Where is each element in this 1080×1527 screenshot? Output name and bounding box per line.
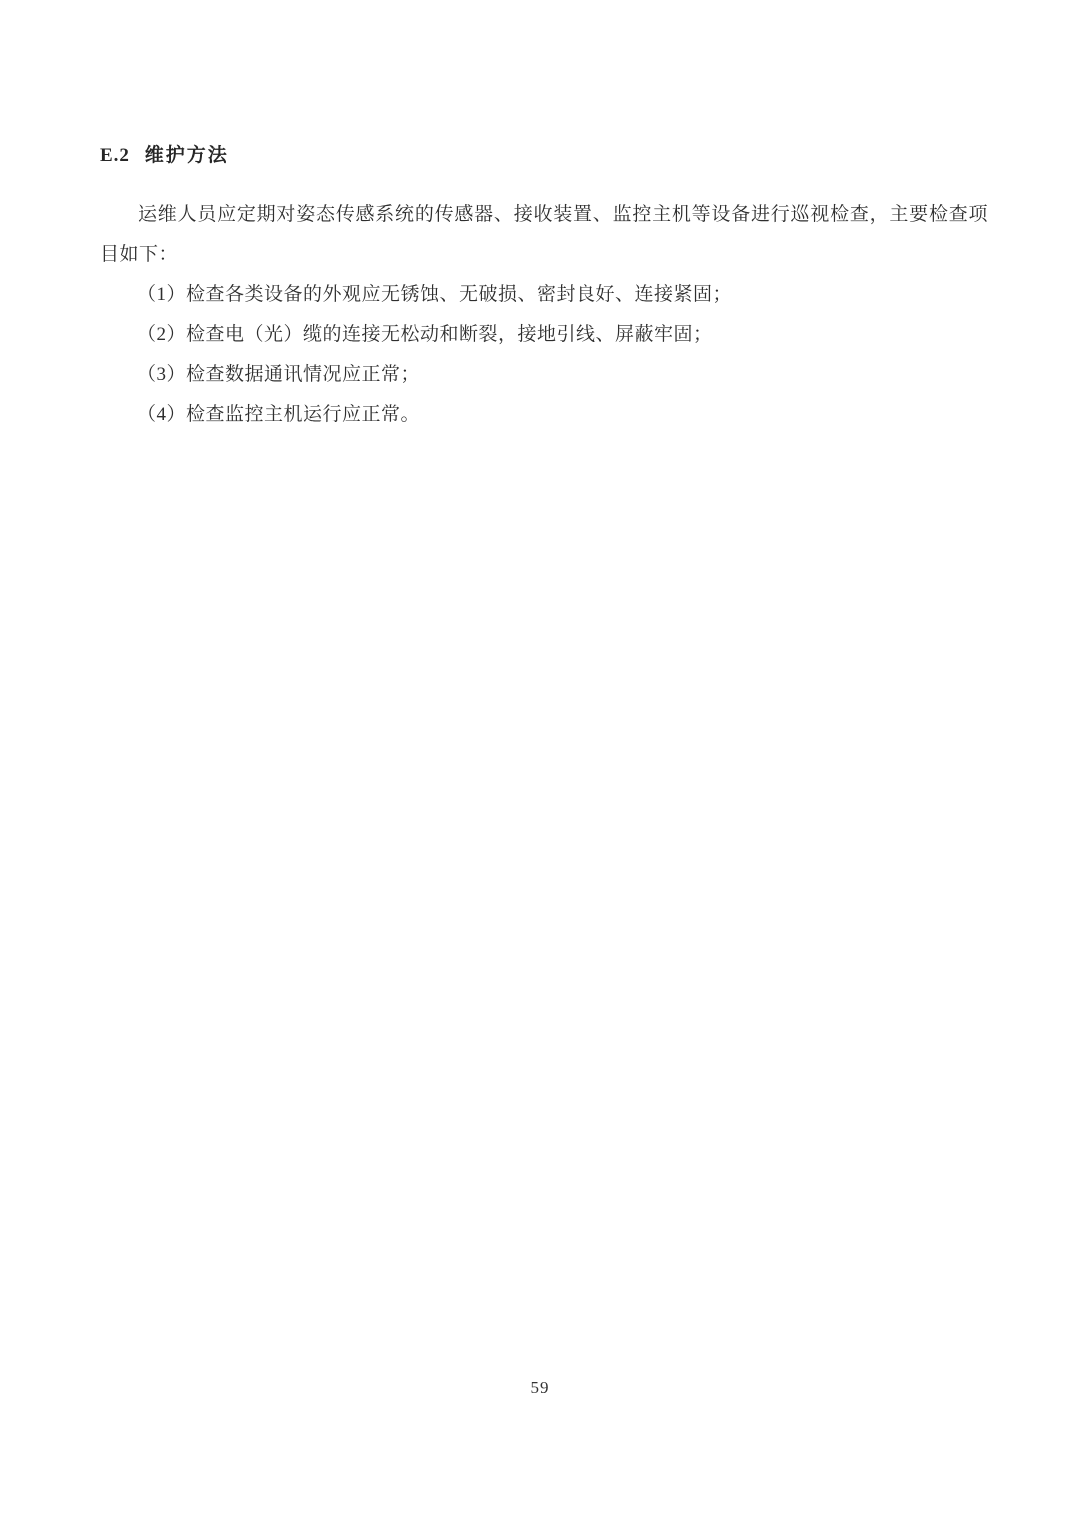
list-item: （4）检查监控主机运行应正常。 [137,395,988,435]
list-item: （3）检查数据通讯情况应正常； [137,355,988,395]
page-number: 59 [0,1378,1080,1398]
document-page: E.2 维护方法 运维人员应定期对姿态传感系统的传感器、接收装置、监控主机等设备… [0,0,1080,1527]
inspection-item-list: （1）检查各类设备的外观应无锈蚀、无破损、密封良好、连接紧固； （2）检查电（光… [100,275,988,435]
list-item: （2）检查电（光）缆的连接无松动和断裂，接地引线、屏蔽牢固； [137,315,988,355]
page-content: E.2 维护方法 运维人员应定期对姿态传感系统的传感器、接收装置、监控主机等设备… [100,143,988,435]
intro-paragraph: 运维人员应定期对姿态传感系统的传感器、接收装置、监控主机等设备进行巡视检查，主要… [100,195,988,275]
section-number: E.2 [100,145,130,166]
section-heading: E.2 维护方法 [100,143,988,169]
section-title: 维护方法 [145,145,229,166]
list-item: （1）检查各类设备的外观应无锈蚀、无破损、密封良好、连接紧固； [137,275,988,315]
